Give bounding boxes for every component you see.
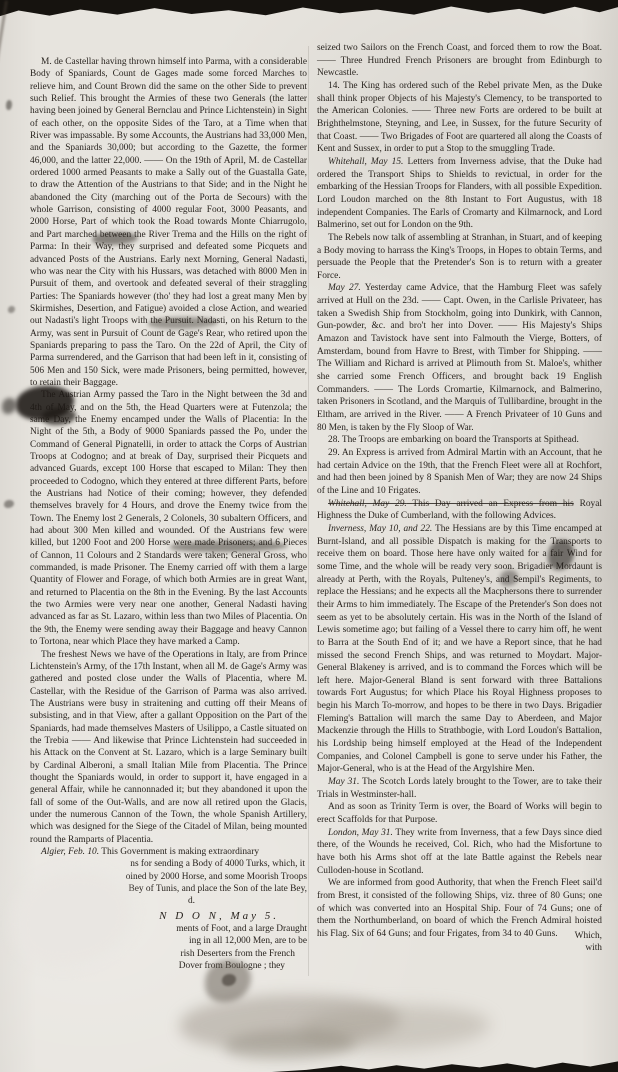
paragraph-text: 29. An Express is arrived from Admiral M… (317, 448, 602, 496)
dateline: May 31. (328, 777, 359, 787)
paragraph-text: seized two Sailors on the French Coast, … (317, 43, 602, 78)
algier-paragraph-damaged: Algier, Feb. 10. This Government is maki… (30, 846, 307, 908)
text-columns: M. de Castellar having thrown himself in… (30, 42, 602, 972)
algier-first-line: Algier, Feb. 10. This Government is maki… (30, 846, 307, 858)
damaged-line: ments of Foot, and a large Draught (30, 923, 307, 935)
paragraph-text: The Rebels now talk of assembling at Str… (317, 233, 602, 281)
ink-blot (2, 398, 16, 414)
news-paragraph: 28. The Troops are embarking on board th… (317, 434, 602, 447)
paper-speck (4, 500, 14, 508)
news-paragraph: M. de Castellar having thrown himself in… (30, 56, 307, 389)
damaged-line: ns for sending a Body of 4000 Turks, whi… (30, 858, 307, 870)
paper-speck (6, 100, 12, 110)
news-paragraph: And as soon as Trinity Term is over, the… (317, 801, 602, 826)
paragraph-text: Yesterday came Advice, that the Hamburg … (317, 283, 602, 432)
dateline: Whitehall, May 15. (328, 157, 403, 167)
dateline: London, May 31. (328, 828, 393, 838)
newspaper-page: M. de Castellar having thrown himself in… (0, 0, 618, 1072)
right-column: seized two Sailors on the French Coast, … (317, 42, 602, 972)
paragraph-text: 28. The Troops are embarking on board th… (328, 435, 579, 445)
water-stain (180, 995, 400, 1050)
paragraph-text: This Government is making extraordinary (101, 847, 259, 857)
torn-edge-bottom (272, 1059, 618, 1072)
london-paragraph-damaged: ments of Foot, and a large Draught ing i… (30, 923, 307, 972)
damaged-line: ing in all 12,000 Men, are to be (30, 935, 307, 947)
paragraph-text: This Day arrived an Express from his (412, 499, 573, 509)
news-paragraph: seized two Sailors on the French Coast, … (317, 42, 602, 80)
water-stain (300, 1005, 490, 1050)
paragraph-text: The Scotch Lords lately brought to the T… (317, 777, 602, 800)
dateline: Inverness, May 10, and 22. (328, 524, 432, 534)
dateline: Algier, Feb. 10. (41, 847, 99, 857)
news-paragraph: London, May 31. They write from Invernes… (317, 827, 602, 878)
paragraph-text: And as soon as Trinity Term is over, the… (317, 802, 602, 825)
news-paragraph: The freshest News we have of the Operati… (30, 649, 307, 847)
news-paragraph: May 27. Yesterday came Advice, that the … (317, 282, 602, 434)
water-stain (222, 974, 236, 986)
news-paragraph: May 31. The Scotch Lords lately brought … (317, 776, 602, 801)
water-stain (225, 1030, 355, 1060)
dateline: Whitehall, May 29. (328, 499, 407, 509)
dateline: May 27. (328, 283, 361, 293)
news-paragraph: The Rebels now talk of assembling at Str… (317, 232, 602, 283)
damaged-line: Bey of Tunis, and place the Son of the l… (30, 883, 307, 895)
torn-edge-top (0, 0, 618, 17)
news-paragraph: The Austrian Army passed the Taro in the… (30, 389, 307, 648)
paragraph-text: 14. The King has ordered such of the Reb… (317, 81, 602, 154)
damaged-line: rish Deserters from the French (30, 948, 307, 960)
news-paragraph: 14. The King has ordered such of the Reb… (317, 80, 602, 156)
news-paragraph: 29. An Express is arrived from Admiral M… (317, 447, 602, 498)
news-paragraph-struck: Whitehall, May 29. This Day arrived an E… (317, 498, 602, 523)
paragraph-text: M. de Castellar having thrown himself in… (30, 57, 307, 388)
damaged-line: oined by 2000 Horse, and some Moorish Tr… (30, 871, 307, 883)
damaged-line: d. (30, 895, 307, 907)
damaged-line: Dover from Boulogne ; they (30, 960, 307, 972)
left-column: M. de Castellar having thrown himself in… (30, 42, 307, 972)
catchword-line: with (317, 942, 602, 955)
paragraph-text: The freshest News we have of the Operati… (30, 650, 307, 845)
paragraph-text: Letters from Inverness advise, that the … (317, 157, 602, 230)
news-paragraph: Whitehall, May 15. Letters from Invernes… (317, 156, 602, 232)
paragraph-text: The Austrian Army passed the Taro in the… (30, 390, 307, 647)
london-dateline-heading: N D O N, May 5. (30, 910, 307, 922)
paper-speck (8, 306, 15, 313)
paragraph-text: The Hessians are by this Time encamped a… (317, 524, 602, 774)
struck-line: Whitehall, May 29. This Day arrived an E… (328, 499, 574, 509)
news-paragraph: Inverness, May 10, and 22. The Hessians … (317, 523, 602, 776)
